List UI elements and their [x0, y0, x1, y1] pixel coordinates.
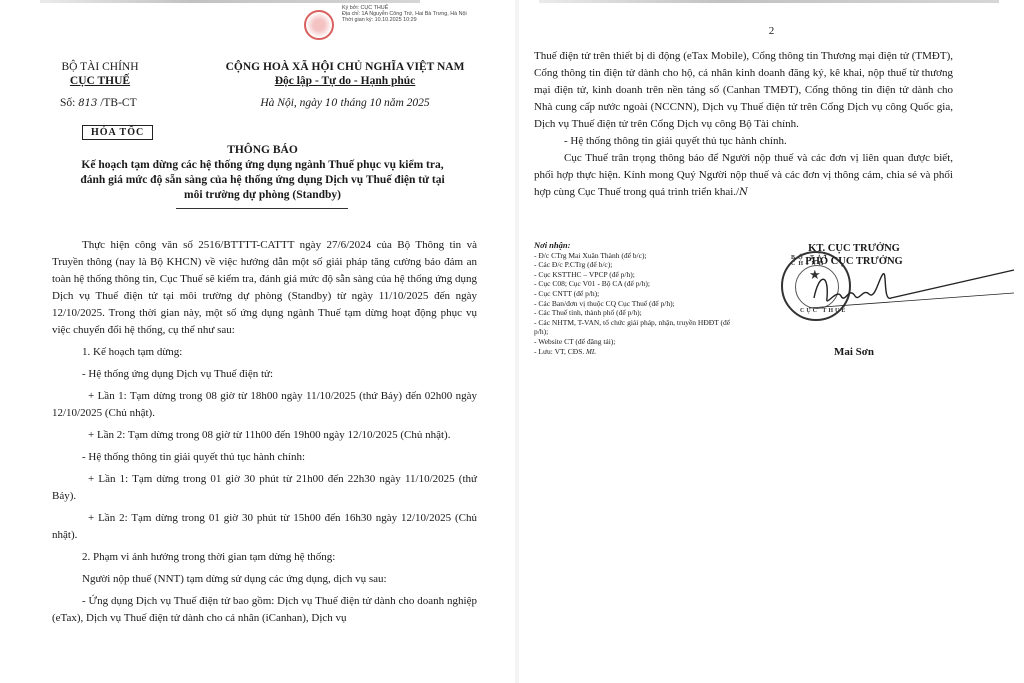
- red-seal-icon: [304, 10, 334, 40]
- country-name: CỘNG HOÀ XÃ HỘI CHỦ NGHĨA VIỆT NAM: [215, 60, 475, 74]
- doc-number-handwritten: 813: [78, 98, 97, 109]
- recipients-heading: Nơi nhận:: [534, 241, 744, 251]
- document-page-1: Ký bởi: CỤC THUẾ Địa chỉ: 1A Nguyễn Công…: [0, 0, 515, 683]
- system-1-run-2: + Lần 2: Tạm dừng trong 08 giờ từ 11h00 …: [52, 427, 477, 444]
- subject-line-2: đánh giá mức độ sẵn sàng của hệ thống ứn…: [40, 173, 485, 188]
- drafter-initials: ML: [584, 348, 595, 356]
- apps-list-continued: Thuế điện tử trên thiết bị di động (eTax…: [534, 48, 953, 133]
- document-title: THÔNG BÁO Kế hoạch tạm dừng các hệ thống…: [40, 143, 485, 203]
- system-2-run-2: + Lần 2: Tạm dừng trong 01 giờ 30 phút t…: [52, 510, 477, 544]
- recipients-block: Nơi nhận: - Đ/c CTrg Mai Xuân Thành (để …: [534, 241, 744, 357]
- system-2-heading: - Hệ thống thông tin giải quyết thủ tục …: [52, 449, 477, 466]
- signature-title: KT. CỤC TRƯỞNG PHÓ CỤC TRƯỞNG: [759, 242, 949, 268]
- day-handwritten: 10: [325, 98, 338, 109]
- recipient-item: - Các Đ/c P.CTrg (để b/c);: [534, 260, 744, 270]
- nnt-line: Người nộp thuế (NNT) tạm dừng sử dụng cá…: [52, 571, 477, 588]
- subject-line-3: môi trường dự phòng (Standby): [40, 188, 485, 203]
- doc-code: /TB-CT: [100, 97, 136, 109]
- ministry-name: BỘ TÀI CHÍNH: [40, 60, 160, 74]
- recipient-item: - Cục CNTT (để p/h);: [534, 289, 744, 299]
- section-2-heading: 2. Phạm vi ảnh hưởng trong thời gian tạm…: [52, 549, 477, 566]
- recipient-item: - Các NHTM, T-VAN, tổ chức giải pháp, nh…: [534, 318, 744, 337]
- document-number: Số: 813 /TB-CT: [60, 97, 137, 109]
- issuing-authority: BỘ TÀI CHÍNH CỤC THUẾ: [40, 60, 160, 88]
- sign-line-1: KT. CỤC TRƯỞNG: [759, 242, 949, 255]
- doc-type: THÔNG BÁO: [40, 143, 485, 158]
- page1-body: Thực hiện công văn số 2516/BTTTT-CATTT n…: [52, 237, 477, 627]
- recipient-item: - Các Ban/đơn vị thuộc CQ Cục Thuế (để p…: [534, 299, 744, 309]
- system-1-run-1: + Lần 1: Tạm dừng trong 08 giờ từ 18h00 …: [52, 388, 477, 422]
- section-1-heading: 1. Kế hoạch tạm dừng:: [52, 344, 477, 361]
- esig-time: Thời gian ký: 10.10.2025 10:29: [342, 17, 467, 23]
- place-date-suffix: tháng 10 năm 2025: [341, 97, 430, 109]
- doc-number-label: Số:: [60, 97, 75, 109]
- place-date-prefix: Hà Nội, ngày: [260, 97, 322, 109]
- recipient-item: - Lưu: VT, CĐS. ML: [534, 347, 744, 358]
- handwritten-signature-icon: [809, 268, 1019, 318]
- recipient-item: - Đ/c CTrg Mai Xuân Thành (để b/c);: [534, 251, 744, 261]
- signer-name: Mai Sơn: [759, 346, 949, 358]
- document-page-2: 2 Thuế điện tử trên thiết bị di động (eT…: [519, 0, 1024, 683]
- urgency-stamp: HỎA TỐC: [82, 125, 153, 140]
- digital-signature-block: Ký bởi: CỤC THUẾ Địa chỉ: 1A Nguyễn Công…: [302, 2, 517, 42]
- apps-list-start: - Ứng dụng Dịch vụ Thuế điện tử bao gồm:…: [52, 593, 477, 627]
- place-date: Hà Nội, ngày 10 tháng 10 năm 2025: [215, 97, 475, 109]
- intro-paragraph: Thực hiện công văn số 2516/BTTTT-CATTT n…: [52, 237, 477, 339]
- system-2-run-1: + Lần 1: Tạm dừng trong 01 giờ 30 phút t…: [52, 471, 477, 505]
- closing-paragraph: Cục Thuế trân trọng thông báo để Người n…: [534, 150, 953, 201]
- agency-name: CỤC THUẾ: [40, 74, 160, 88]
- tthc-line: - Hệ thống thông tin giải quyết thủ tục …: [534, 133, 953, 150]
- sign-line-2: PHÓ CỤC TRƯỞNG: [759, 255, 949, 268]
- recipient-item: - Cục C08; Cục V01 - Bộ CA (để p/h);: [534, 279, 744, 289]
- page-number: 2: [519, 25, 1024, 37]
- scan-edge: [539, 0, 999, 3]
- system-1-heading: - Hệ thống ứng dụng Dịch vụ Thuế điện tử…: [52, 366, 477, 383]
- recipient-item: - Cục KSTTHC – VPCP (để p/h);: [534, 270, 744, 280]
- closing-initial-mark: N: [739, 187, 748, 198]
- national-header: CỘNG HOÀ XÃ HỘI CHỦ NGHĨA VIỆT NAM Độc l…: [215, 60, 475, 88]
- title-underline: [176, 208, 348, 209]
- recipients-list: - Đ/c CTrg Mai Xuân Thành (để b/c);- Các…: [534, 251, 744, 358]
- recipient-item: - Website CT (để đăng tải);: [534, 337, 744, 347]
- page2-body: Thuế điện tử trên thiết bị di động (eTax…: [534, 48, 953, 201]
- national-motto: Độc lập - Tự do - Hạnh phúc: [275, 75, 416, 87]
- subject-line-1: Kế hoạch tạm dừng các hệ thống ứng dụng …: [40, 158, 485, 173]
- recipient-item: - Các Thuế tỉnh, thành phố (để p/h);: [534, 308, 744, 318]
